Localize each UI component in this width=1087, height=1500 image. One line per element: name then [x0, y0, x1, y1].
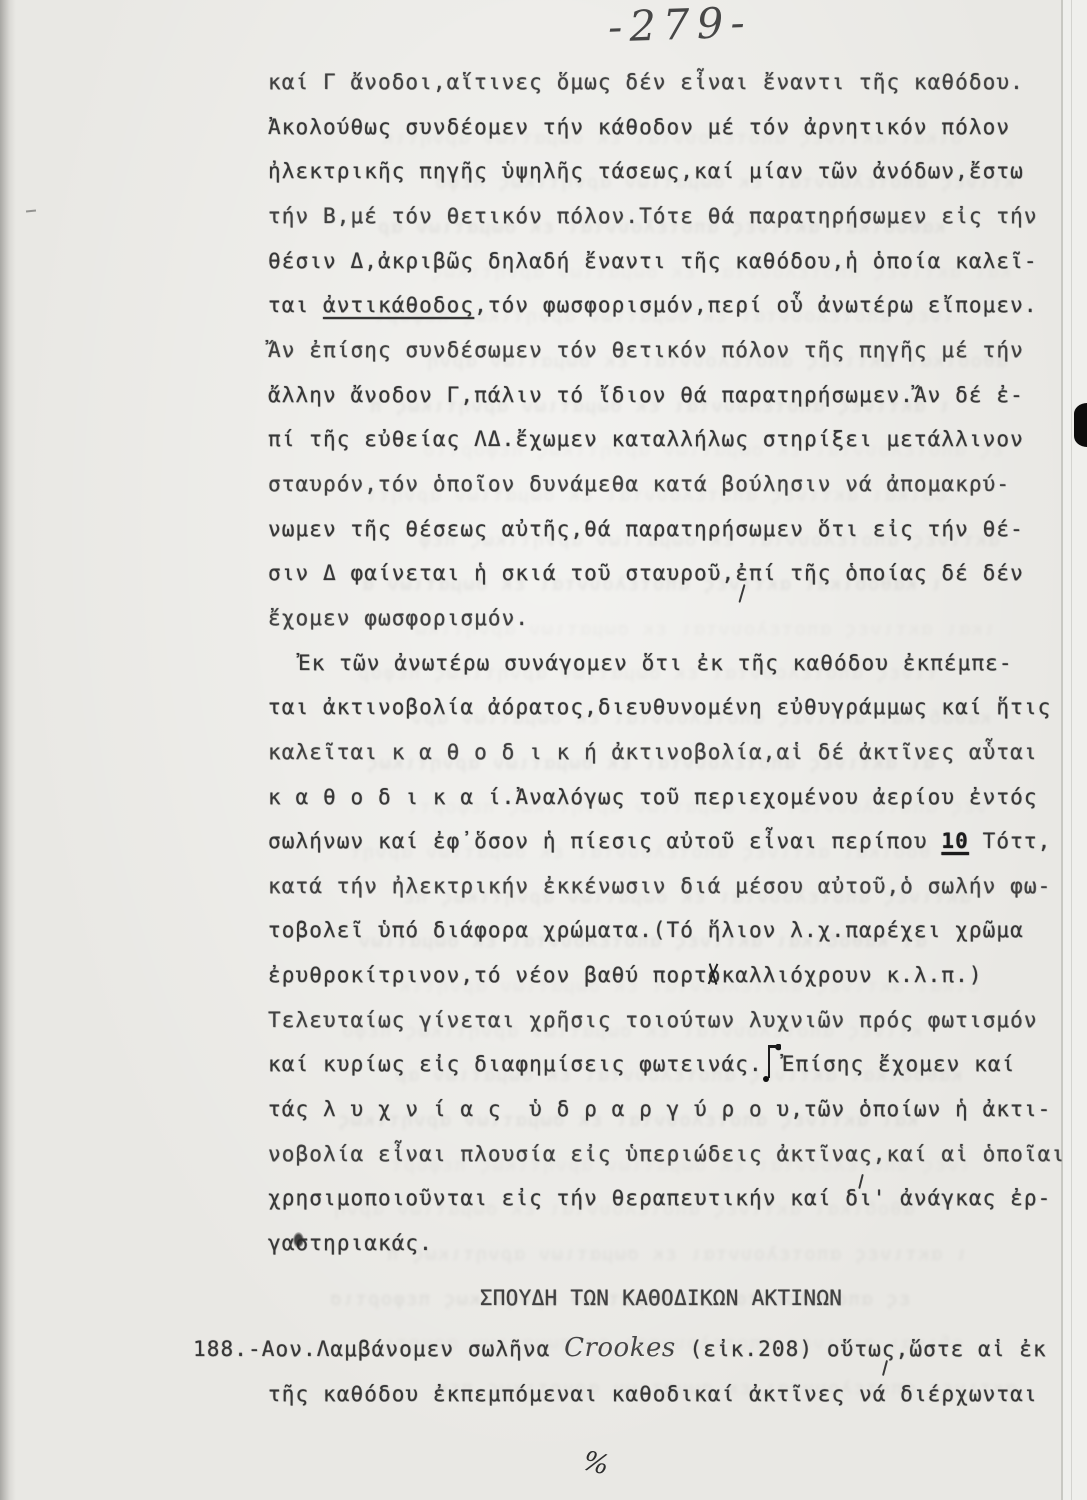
text-line: Τελευταίως γίνεται χρῆσις τοιούτων λυχνι… — [268, 998, 1054, 1043]
text-line: ἄλλην ἄνοδον Γ,πάλιν τό ἴδιον θά παρατηρ… — [268, 373, 1054, 418]
handwritten-word: Crookes — [564, 1333, 676, 1363]
overstrike-mark — [705, 963, 721, 985]
text-line: καί κυρίως εἰς διαφημίσεις φωτεινάς.Ἐπίσ… — [268, 1042, 1054, 1087]
text-line: ἔχομεν φωσφορισμόν. — [268, 596, 1054, 641]
text-line: θέσιν Δ,ἀκριβῶς δηλαδή ἔναντι τῆς καθόδο… — [268, 239, 1054, 284]
text-line: ται ἀκτινοβολία ἀόρατος,διευθυνομένη εὐθ… — [268, 685, 1054, 730]
text-line: χρησιμοποιοῦνται εἰς τήν θεραπευτικήν κα… — [268, 1176, 1054, 1221]
text-line: νοβολία εἶναι πλουσία εἰς ὑπεριώδεις ἀκτ… — [268, 1132, 1054, 1177]
scan-edge-line — [1071, 0, 1072, 1500]
text-line: καλεῖται κ α θ ο δ ι κ ή ἀκτινοβολία,αἱ … — [268, 730, 1054, 775]
scanned-document-page: δικαι ακτινες αποτελουνται εκ σωματιων α… — [0, 0, 1087, 1500]
text-line: σιν Δ φαίνεται ἡ σκιά τοῦ σταυροῦ,ἐπί τῆ… — [268, 551, 1054, 596]
text-run: (εἰκ.208) οὕτως,ὥστε αἱ ἐκ — [676, 1337, 1047, 1361]
text-line: ἐρυθροκίτρινον,τό νέον βαθύ πορτοκαλλιόχ… — [268, 953, 1054, 998]
text-line: κ α θ ο δ ι κ α ί.Ἀναλόγως τοῦ περιεχομέ… — [268, 775, 1054, 820]
text-line: 188.-Αον.Λαμβάνομεν σωλῆνα Crookes (εἰκ.… — [193, 1326, 1054, 1372]
text-line: τοβολεῖ ὑπό διάφορα χρώματα.(Τό ἥλιον λ.… — [268, 908, 1054, 953]
margin-tick-mark — [26, 209, 36, 212]
underlined-term: ἀντικάθοδος — [323, 293, 474, 317]
text-line: πί τῆς εὐθείας ΛΔ.ἔχωμεν καταλλήλως στηρ… — [268, 417, 1054, 462]
text-run: Ἐπίσης ἔχομεν καί — [782, 1052, 1016, 1076]
page-number-handwritten: -279- — [607, 0, 752, 51]
text-line: καί Γ ἄνοδοι,αἵτινες ὅμως δέν εἶναι ἔναν… — [268, 60, 1054, 105]
text-line: νωμεν τῆς θέσεως αὐτῆς,θά παρατηρήσωμεν … — [268, 507, 1054, 552]
text-line: ται ἀντικάθοδος,τόν φωσφορισμόν,περί οὗ … — [268, 283, 1054, 328]
text-line: Ἐκ τῶν ἀνωτέρω συνάγομεν ὅτι ἐκ τῆς καθό… — [268, 641, 1054, 686]
text-line: Ἄν ἐπίσης συνδέσωμεν τόν θετικόν πόλον τ… — [268, 328, 1054, 373]
text-line: σωλήνων καί ἐφ᾽ὅσον ἡ πίεσις αὐτοῦ εἶναι… — [268, 819, 1054, 864]
text-block: καί Γ ἄνοδοι,αἵτινες ὅμως δέν εἶναι ἔναν… — [268, 60, 1054, 1417]
text-line: Ἀκολούθως συνδέομεν τήν κάθοδον μέ τόν ἀ… — [268, 105, 1054, 150]
text-run: Τόττ, — [969, 829, 1051, 853]
insertion-mark — [764, 1044, 781, 1080]
text-run: καί κυρίως εἰς διαφημίσεις φωτεινάς. — [268, 1052, 763, 1076]
ink-smudge — [293, 1232, 304, 1248]
text-run: ,τόν φωσφορισμόν,περί οὗ ἀνωτέρω εἴπομεν… — [474, 293, 1037, 317]
text-line: γαστηριακάς. — [268, 1221, 1054, 1266]
scan-edge-line — [1061, 0, 1063, 1500]
section-heading: ΣΠΟΥΔΗ ΤΩΝ ΚΑΘΟΔΙΚΩΝ ΑΚΤΙΝΩΝ — [268, 1276, 1054, 1321]
text-run: σωλήνων καί ἐφ᾽ὅσον ἡ πίεσις αὐτοῦ εἶναι… — [268, 829, 941, 853]
emphasized-number: 10 — [941, 829, 969, 853]
page-right-margin — [1063, 0, 1087, 1500]
text-line: τῆς καθόδου ἐκπεμπόμεναι καθοδικαί ἀκτῖν… — [268, 1372, 1054, 1417]
ink-blot — [1074, 403, 1087, 447]
text-line: σταυρόν,τόν ὁποῖον δυνάμεθα κατά βούλησι… — [268, 462, 1054, 507]
text-run: ται — [268, 293, 323, 317]
bottom-flourish-mark: % — [580, 1445, 612, 1481]
page-left-edge — [0, 0, 16, 1500]
text-line: ἠλεκτρικῆς πηγῆς ὑψηλῆς τάσεως,καί μίαν … — [268, 149, 1054, 194]
text-line: τάς λ υ χ ν ί α ς ὑ δ ρ α ρ γ ύ ρ ο υ,τῶ… — [268, 1087, 1054, 1132]
text-line: κατά τήν ἠλεκτρικήν ἐκκένωσιν διά μέσου … — [268, 864, 1054, 909]
text-line: τήν Β,μέ τόν θετικόν πόλον.Τότε θά παρατ… — [268, 194, 1054, 239]
text-run: 188.-Αον.Λαμβάνομεν σωλῆνα — [193, 1337, 564, 1361]
